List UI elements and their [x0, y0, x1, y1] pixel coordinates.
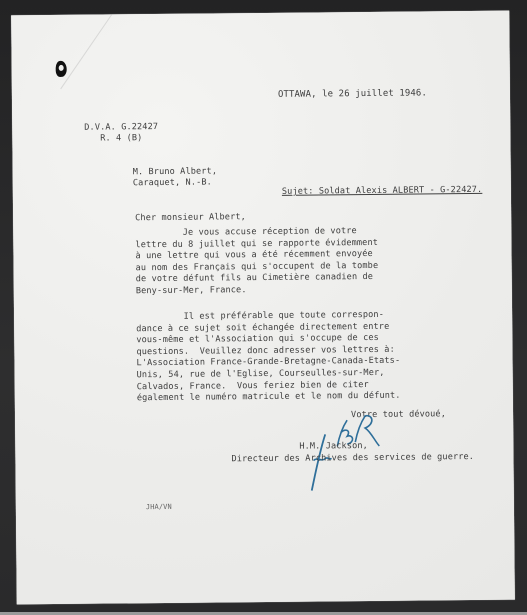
- reference-block: D.V.A. G.22427 R. 4 (B): [84, 122, 158, 146]
- reference-line: R. 4 (B): [84, 134, 142, 145]
- text-line: lettre du 8 juillet qui se rapporte évid…: [135, 237, 378, 249]
- ink-blot-mark: [56, 61, 67, 77]
- subject-line: Sujet: Soldat Alexis ALBERT - G-22427.: [282, 185, 483, 198]
- signer-name: H.M. Jackson,: [299, 441, 368, 453]
- text-line: de votre défunt fils au Cimetière canadi…: [136, 272, 373, 284]
- letter-page: OTTAWA, le 26 juillet 1946. D.V.A. G.224…: [11, 11, 515, 605]
- text-line: Il est préférable que toute correspon-: [136, 310, 384, 322]
- signer-title: Directeur des Archives des services de g…: [231, 452, 474, 466]
- reference-line: D.V.A. G.22427: [84, 122, 158, 133]
- text-line: L'Association France-Grande-Bretagne-Can…: [136, 356, 400, 369]
- recipient-address: M. Bruno Albert, Caraquet, N.-B.: [133, 166, 218, 190]
- letter-date: OTTAWA, le 26 juillet 1946.: [278, 88, 427, 101]
- text-line: dance à ce sujet soit échangée directeme…: [136, 321, 389, 333]
- text-line: Unis, 54, rue de l'Eglise, Courseulles-s…: [137, 368, 385, 380]
- text-line: vous-même et l'Association qui s'occupe …: [136, 333, 379, 345]
- body-paragraph-1: Je vous accuse réception de votre lettre…: [135, 226, 378, 298]
- text-line: Je vous accuse réception de votre: [135, 226, 357, 238]
- text-line: Calvados, France. Vous feriez bien de ci…: [137, 380, 369, 392]
- text-line: Beny-sur-Mer, France.: [136, 285, 247, 296]
- text-line: également le numéro matricule et le nom …: [137, 391, 401, 404]
- text-line: questions. Veuillez donc adresser vos le…: [136, 345, 395, 357]
- recipient-location: Caraquet, N.-B.: [133, 178, 212, 189]
- body-paragraph-2: Il est préférable que toute correspon- d…: [136, 310, 401, 405]
- text-line: au nom des Français qui s'occupent de la…: [136, 261, 379, 273]
- typist-initials: JHA/VN: [146, 502, 172, 514]
- recipient-name: M. Bruno Albert,: [133, 166, 217, 177]
- text-line: à une lettre qui vous a été récemment en…: [135, 249, 372, 261]
- paper-crease: [60, 14, 112, 89]
- salutation: Cher monsieur Albert,: [135, 212, 246, 224]
